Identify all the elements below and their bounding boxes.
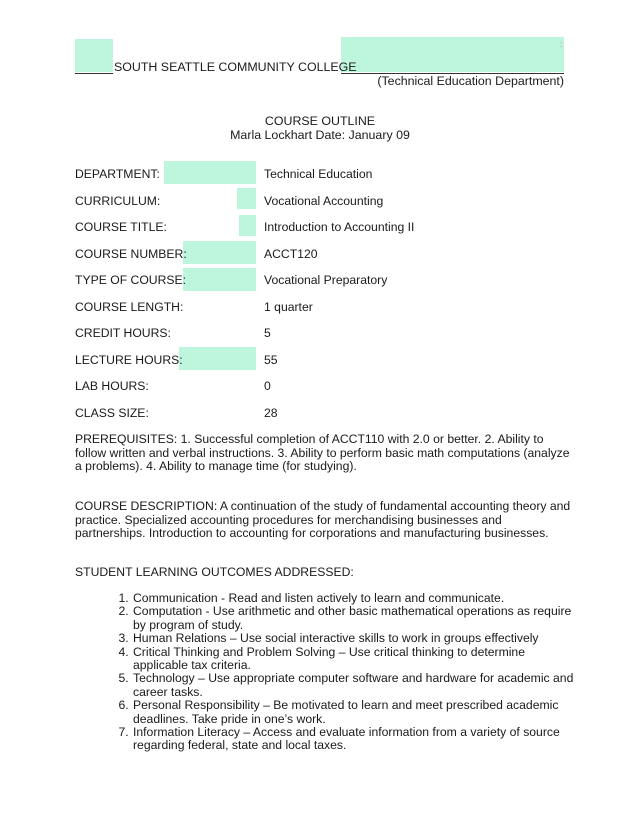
field-highlight-course-number	[183, 241, 256, 264]
field-label-lecture-hours: LECTURE HOURS:	[75, 353, 183, 367]
header-highlight-right	[341, 37, 564, 72]
field-label-course-number: COURSE NUMBER:	[75, 247, 187, 261]
field-highlight-course-title	[239, 215, 256, 236]
field-value-lab-hours: 0	[264, 379, 271, 393]
outcome-item: Personal Responsibility – Be motivated t…	[132, 699, 575, 726]
outcomes-heading: STUDENT LEARNING OUTCOMES ADDRESSED:	[75, 566, 575, 580]
field-value-curriculum: Vocational Accounting	[264, 194, 383, 208]
field-value-credit-hours: 5	[264, 326, 271, 340]
outcome-item: Critical Thinking and Problem Solving – …	[132, 646, 575, 673]
author-date-line: Marla Lockhart Date: January 09	[0, 128, 640, 142]
outcome-item: Communication - Read and listen actively…	[132, 592, 575, 605]
prerequisites-paragraph: PREREQUISITES: 1. Successful completion …	[75, 433, 575, 474]
document-title: COURSE OUTLINE	[0, 114, 640, 128]
field-label-course-length: COURSE LENGTH:	[75, 300, 183, 314]
header-highlight-left	[75, 39, 113, 72]
field-value-lecture-hours: 55	[264, 353, 278, 367]
course-description-paragraph: COURSE DESCRIPTION: A continuation of th…	[75, 500, 575, 541]
field-value-class-size: 28	[264, 406, 278, 420]
outcomes-list: Communication - Read and listen actively…	[75, 592, 575, 753]
field-highlight-type-of-course	[183, 268, 256, 291]
field-value-course-length: 1 quarter	[264, 300, 313, 314]
field-value-department: Technical Education	[264, 167, 372, 181]
field-label-type-of-course: TYPE OF COURSE:	[75, 273, 186, 287]
header-underline-left	[75, 72, 113, 74]
field-label-department: DEPARTMENT:	[75, 167, 160, 181]
outcome-item: Human Relations – Use social interactive…	[132, 632, 575, 645]
college-name: SOUTH SEATTLE COMMUNITY COLLEGE	[114, 60, 357, 74]
outcome-item: Technology – Use appropriate computer so…	[132, 672, 575, 699]
field-label-class-size: CLASS SIZE:	[75, 406, 149, 420]
field-value-type-of-course: Vocational Preparatory	[264, 273, 387, 287]
field-value-course-number: ACCT120	[264, 247, 318, 261]
corner-mark: :	[560, 40, 562, 49]
field-label-curriculum: CURRICULUM:	[75, 194, 160, 208]
outcome-item: Information Literacy – Access and evalua…	[132, 726, 575, 753]
department-subtitle: (Technical Education Department)	[377, 74, 564, 88]
field-highlight-curriculum	[237, 188, 256, 209]
field-value-course-title: Introduction to Accounting II	[264, 220, 414, 234]
field-label-lab-hours: LAB HOURS:	[75, 379, 149, 393]
field-highlight-lecture-hours	[179, 347, 256, 370]
field-highlight-department	[164, 161, 256, 184]
outcome-item: Computation - Use arithmetic and other b…	[132, 605, 575, 632]
field-label-credit-hours: CREDIT HOURS:	[75, 326, 171, 340]
field-label-course-title: COURSE TITLE:	[75, 220, 167, 234]
